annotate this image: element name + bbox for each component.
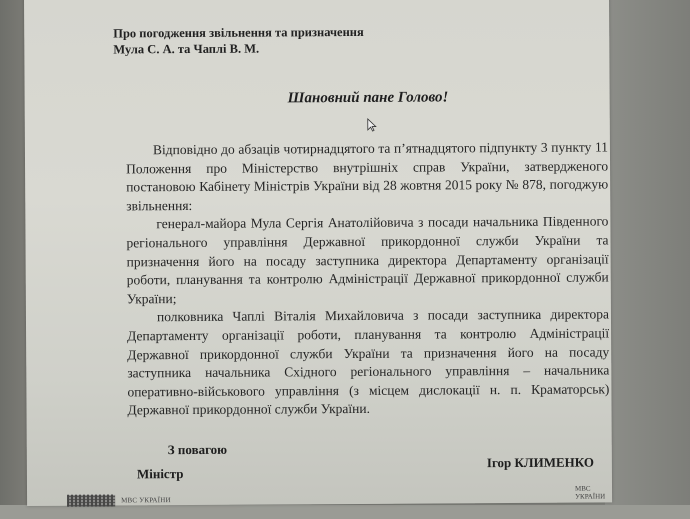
paragraph-mul: генерал-майора Мула Сергія Анатолійовича… [126, 213, 609, 309]
footer-left: МВС УКРАЇНИ [67, 494, 171, 507]
letter-body: Відповідно до абзаців чотирнадцятого та … [126, 138, 610, 420]
footer-org-right: МВС УКРАЇНИ [575, 484, 612, 500]
footer-org-left: МВС УКРАЇНИ [121, 496, 171, 504]
document-page: Про погодження звільнення та призначення… [24, 0, 612, 506]
screen-background-right [605, 0, 690, 519]
qr-code-icon [67, 494, 115, 506]
paragraph-intro: Відповідно до абзаців чотирнадцятого та … [126, 138, 608, 215]
greeting: Шановний пане Голово! [288, 89, 449, 107]
screen-bottom-strip [0, 505, 690, 519]
signer-position: Міністр [137, 466, 184, 482]
closing-text: З повагою [168, 442, 227, 458]
subject-block: Про погодження звільнення та призначення… [113, 24, 364, 58]
subject-line-1: Про погодження звільнення та призначення [113, 24, 364, 42]
subject-line-2: Мула С. А. та Чаплі В. М. [113, 40, 364, 58]
mouse-pointer-icon [367, 118, 377, 132]
signer-name: Ігор КЛИМЕНКО [487, 455, 594, 472]
paragraph-chaplya: полковника Чаплі Віталія Михайловича з п… [127, 306, 610, 421]
